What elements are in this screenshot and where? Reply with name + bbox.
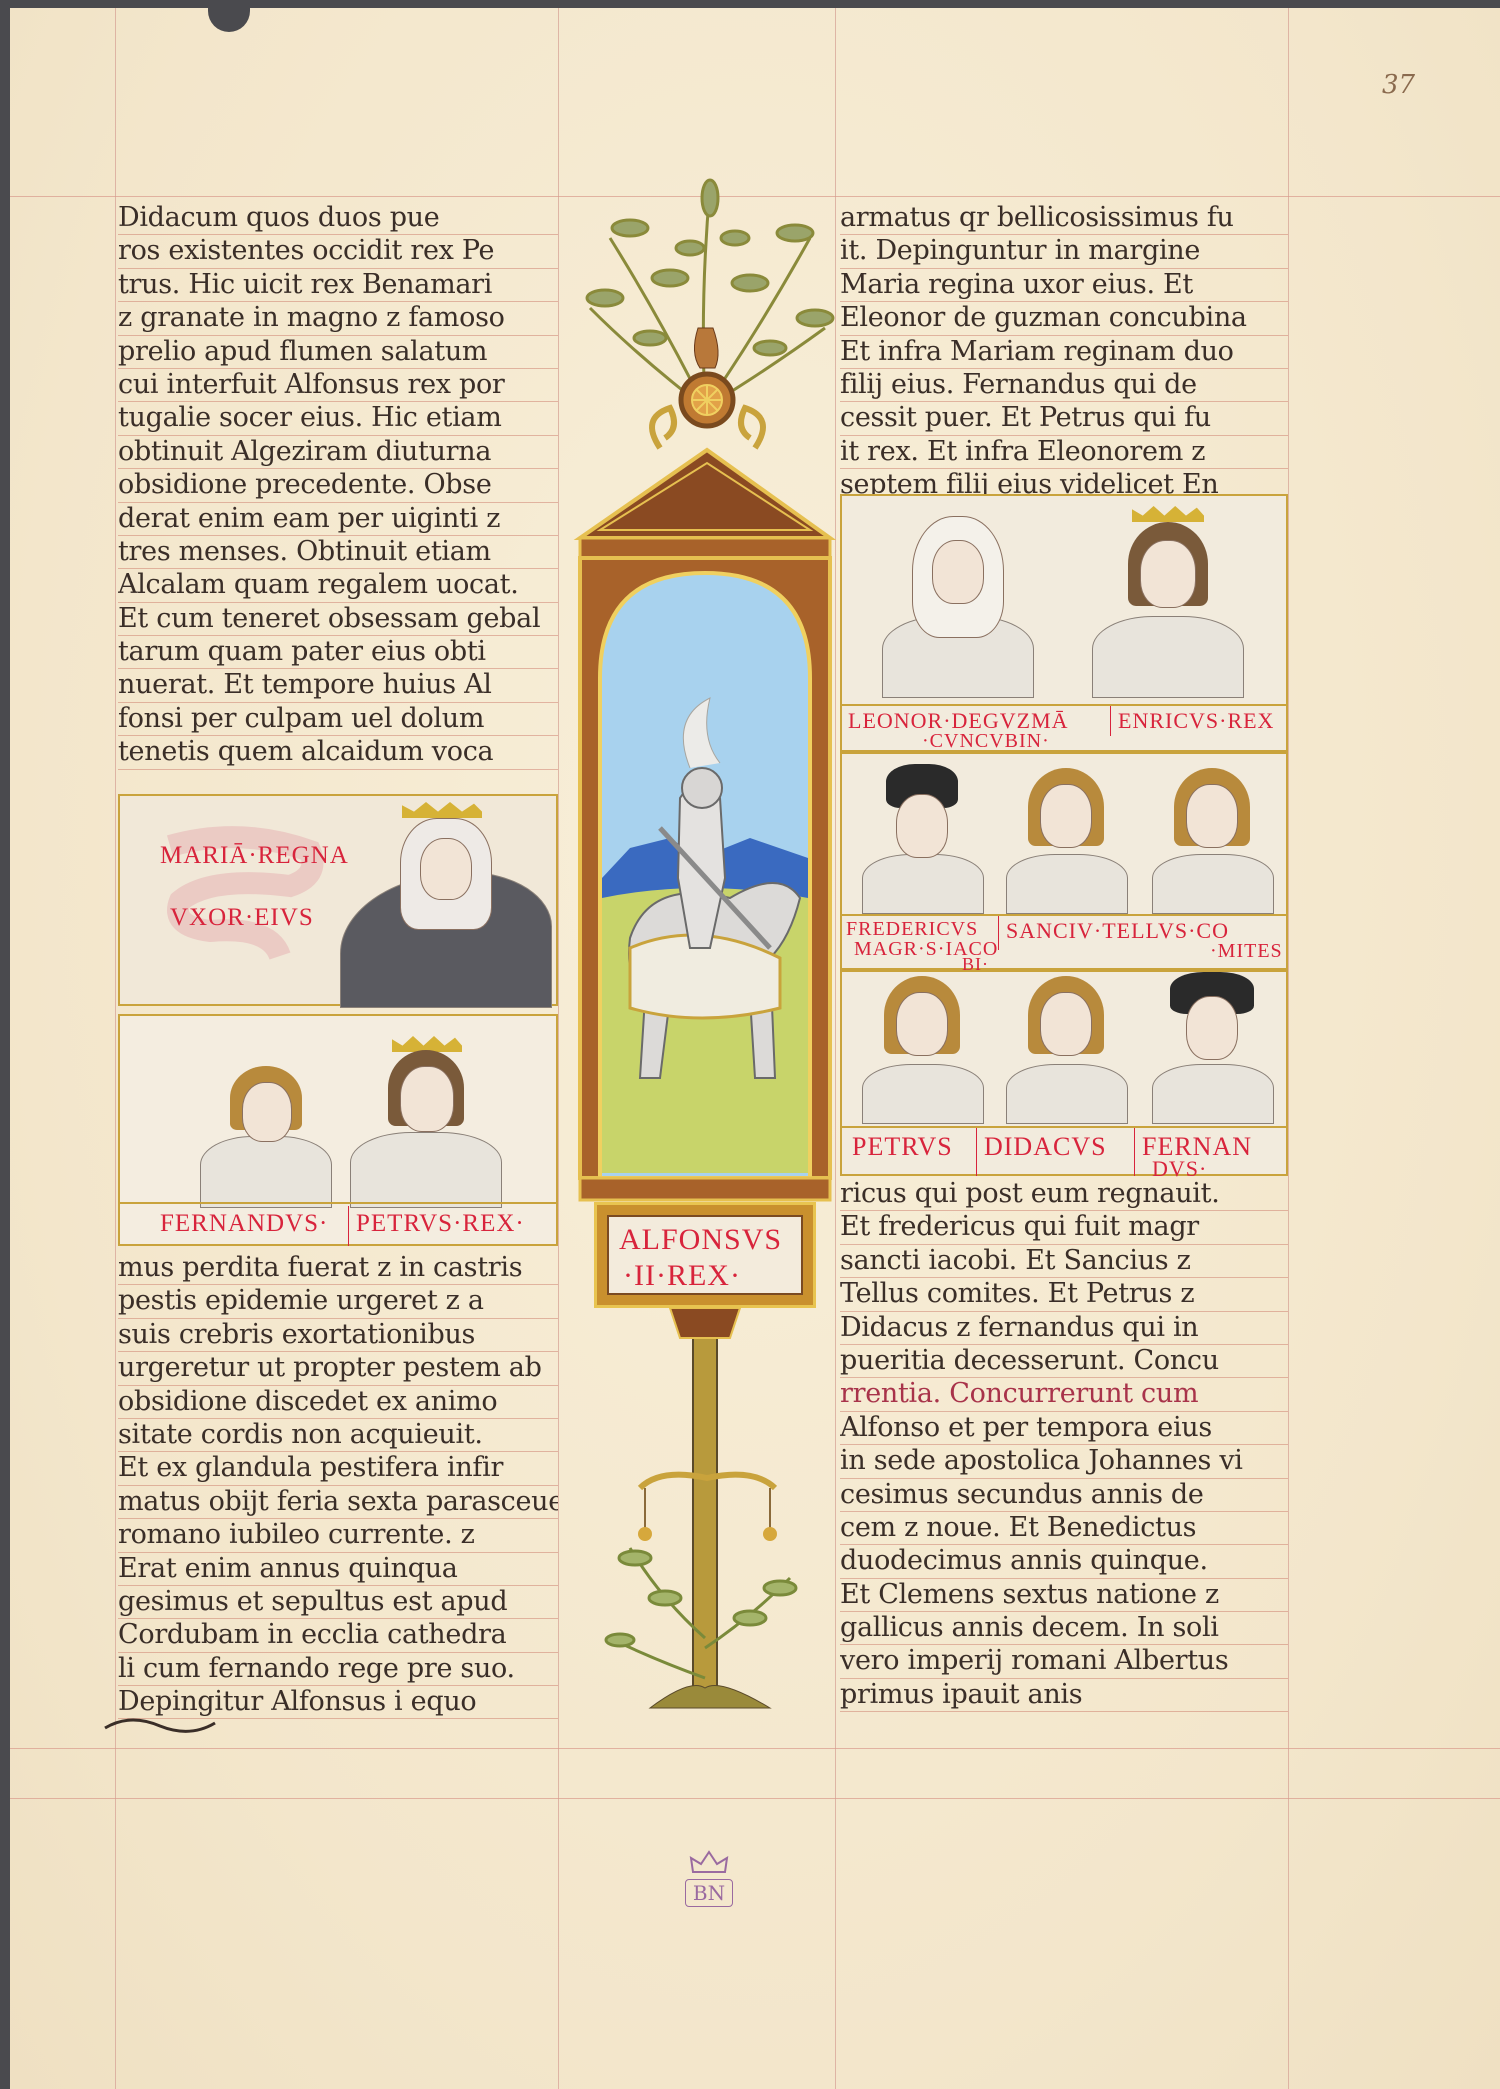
face: [400, 1066, 454, 1132]
gold-divider: [120, 1202, 556, 1204]
text-line: obtinuit Algeziram diuturna: [118, 436, 558, 469]
label-divider: [976, 1128, 977, 1176]
gold-divider: [842, 1126, 1286, 1128]
text-line: pestis epidemie urgeret z a: [118, 1285, 558, 1318]
label-divider: [1134, 1128, 1135, 1176]
text-line: sancti iacobi. Et Sancius z: [840, 1245, 1288, 1278]
text-line: tres menses. Obtinuit etiam: [118, 536, 558, 569]
left-column-top-text: Didacum quos duos pue ros existentes occ…: [118, 202, 558, 770]
ruling-line: [115, 8, 116, 2089]
leonor-portrait: [882, 516, 1032, 696]
text-line: Didacus z fernandus qui in: [840, 1312, 1288, 1345]
text-line: gesimus et sepultus est apud: [118, 1586, 558, 1619]
text-line: Erat enim annus quinqua: [118, 1553, 558, 1586]
text-line: Maria regina uxor eius. Et: [840, 269, 1288, 302]
text-line: Didacum quos duos pue: [118, 202, 558, 235]
text-line: in sede apostolica Johannes vi: [840, 1445, 1288, 1478]
tunic: [1006, 854, 1128, 914]
tunic: [1092, 616, 1244, 698]
crown-icon: [685, 1848, 733, 1874]
label-divider: [348, 1206, 349, 1246]
text-line: z granate in magno z famoso: [118, 302, 558, 335]
face: [1140, 540, 1196, 608]
tunic: [862, 1064, 984, 1124]
text-line: Et infra Mariam reginam duo: [840, 336, 1288, 369]
petrus-didacus-fernandus-panel: PETRVS DIDACVS FERNAN DVS·: [840, 970, 1288, 1176]
page-notch: [208, 8, 250, 32]
face: [1186, 784, 1238, 848]
maria-label-line2: VXOR·EIVS: [170, 904, 314, 932]
text-line: matus obijt feria sexta parasceue: [118, 1486, 558, 1519]
text-line: Eleonor de guzman concubina: [840, 302, 1288, 335]
folio-number: 37: [1382, 70, 1415, 100]
fernandus-child-portrait: [1152, 972, 1272, 1122]
label-divider: [1110, 706, 1111, 736]
right-column-bottom-text: ricus qui post eum regnauit. Et frederic…: [840, 1178, 1288, 1712]
tunic: [1152, 854, 1274, 914]
maria-label-line1: MARIĀ·REGNA: [160, 842, 349, 870]
face: [896, 794, 948, 858]
text-line: pueritia decesserunt. Concu: [840, 1345, 1288, 1378]
fredericus-portrait: [862, 764, 982, 912]
petrus-rex-label: PETRVS·REX·: [356, 1210, 525, 1238]
library-stamp: BN: [685, 1848, 733, 1906]
fernandus-portrait: [200, 1066, 330, 1206]
left-column-bottom-text: mus perdita fuerat z in castris pestis e…: [118, 1252, 558, 1719]
label-divider: [998, 916, 999, 950]
text-line: tenetis quem alcaidum voca: [118, 736, 558, 769]
ruling-line: [1288, 8, 1289, 2089]
maria-regina-panel: MARIĀ·REGNA VXOR·EIVS: [118, 794, 558, 1006]
face: [1186, 996, 1238, 1060]
text-line: Tellus comites. Et Petrus z: [840, 1278, 1288, 1311]
text-line: Et ex glandula pestifera infir: [118, 1452, 558, 1485]
text-line: cui interfuit Alfonsus rex por: [118, 369, 558, 402]
fernandus-label: FERNANDVS·: [160, 1210, 328, 1238]
fredericus-sancius-tellus-panel: FREDERICVS MAGR·S·IACO BI· SANCIV·TELLVS…: [840, 752, 1288, 970]
tellus-portrait: [1152, 764, 1272, 912]
maria-portrait: [340, 802, 550, 1006]
text-line: cem z noue. Et Benedictus: [840, 1512, 1288, 1545]
face: [242, 1082, 292, 1142]
text-line: armatus qr bellicosissimus fu: [840, 202, 1288, 235]
text-line: trus. Hic uicit rex Benamari: [118, 269, 558, 302]
text-line: it rex. Et infra Eleonorem z: [840, 436, 1288, 469]
text-line: Cordubam in ecclia cathedra: [118, 1619, 558, 1652]
text-line: fonsi per culpam uel dolum: [118, 703, 558, 736]
text-line: ros existentes occidit rex Pe: [118, 235, 558, 268]
ruling-line: [558, 8, 559, 2089]
genealogy-tree-column: ALFONSVS ·II·REX·: [570, 178, 840, 1718]
petrus-portrait: [862, 972, 982, 1122]
text-line: urgeretur ut propter pestem ab: [118, 1352, 558, 1385]
face: [1040, 992, 1092, 1056]
ruling-line: [10, 1748, 1500, 1749]
gold-divider: [842, 704, 1286, 706]
text-line: filij eius. Fernandus qui de: [840, 369, 1288, 402]
gold-divider: [842, 914, 1286, 916]
rubric-text-line: rrentia. Concurrerunt cum: [840, 1378, 1288, 1411]
text-line: cesimus secundus annis de: [840, 1479, 1288, 1512]
text-line: derat enim eam per uiginti z: [118, 503, 558, 536]
enricus-label: ENRICVS·REX: [1118, 708, 1274, 734]
text-line: prelio apud flumen salatum: [118, 336, 558, 369]
sancius-portrait: [1006, 764, 1126, 912]
text-line: vero imperij romani Albertus: [840, 1645, 1288, 1678]
comites-label: ·MITES: [1210, 940, 1283, 963]
tunic: [1006, 1064, 1128, 1124]
tunic: [350, 1132, 502, 1208]
text-line: gallicus annis decem. In soli: [840, 1612, 1288, 1645]
text-line: nuerat. Et tempore huius Al: [118, 669, 558, 702]
face: [932, 540, 984, 604]
sancius-tellus-label: SANCIV·TELLVS·CO: [1006, 918, 1229, 944]
text-line: mus perdita fuerat z in castris: [118, 1252, 558, 1285]
alfonsus-label-line1: ALFONSVS: [619, 1223, 782, 1257]
manuscript-page: 37 Didacum quos duos pue ros existentes …: [10, 8, 1500, 2089]
scroll-banner-icon: [150, 816, 330, 966]
petrus-rex-portrait: [350, 1036, 500, 1206]
text-line: primus ipauit anis: [840, 1679, 1288, 1712]
didacus-portrait: [1006, 972, 1126, 1122]
text-line: duodecimus annis quinque.: [840, 1545, 1288, 1578]
text-line: Alcalam quam regalem uocat.: [118, 569, 558, 602]
tree-illustration-icon: [570, 178, 840, 1718]
text-line: tugalie socer eius. Hic etiam: [118, 402, 558, 435]
text-line: sitate cordis non acquieuit.: [118, 1419, 558, 1452]
face: [1040, 784, 1092, 848]
text-line: obsidione discedet ex animo: [118, 1386, 558, 1419]
text-line: Et cum teneret obsessam gebal: [118, 603, 558, 636]
enricus-portrait: [1092, 506, 1242, 696]
stamp-text: BN: [685, 1879, 733, 1907]
right-column-top-text: armatus qr bellicosissimus fu it. Deping…: [840, 202, 1288, 503]
text-line: Alfonso et per tempora eius: [840, 1412, 1288, 1445]
text-line: li cum fernando rege pre suo.: [118, 1653, 558, 1686]
text-line: Et Clemens sextus natione z: [840, 1579, 1288, 1612]
leonor-enricus-panel: LEONOR·DEGVZMĀ ·CVNCVBIN· ENRICVS·REX: [840, 494, 1288, 752]
crown-icon: [402, 802, 482, 818]
text-line: tarum quam pater eius obti: [118, 636, 558, 669]
leonor-label-line2: ·CVNCVBIN·: [922, 730, 1050, 753]
face: [896, 992, 948, 1056]
tunic: [1152, 1064, 1274, 1124]
tunic: [862, 854, 984, 914]
flourish-icon: [100, 1708, 220, 1748]
crown-icon: [1132, 506, 1204, 522]
text-line: ricus qui post eum regnauit.: [840, 1178, 1288, 1211]
face: [420, 838, 472, 900]
text-line: cessit puer. Et Petrus qui fu: [840, 402, 1288, 435]
text-line: it. Depinguntur in margine: [840, 235, 1288, 268]
text-line: suis crebris exortationibus: [118, 1319, 558, 1352]
ruling-line: [10, 1798, 1500, 1799]
didacus-label: DIDACVS: [984, 1132, 1107, 1162]
alfonsus-plaque: ALFONSVS ·II·REX·: [594, 1202, 816, 1308]
text-line: Et fredericus qui fuit magr: [840, 1211, 1288, 1244]
alfonsus-label-line2: ·II·REX·: [623, 1259, 741, 1293]
text-line: romano iubileo currente. z: [118, 1519, 558, 1552]
tunic: [200, 1136, 332, 1208]
petrus-label: PETRVS: [852, 1132, 953, 1162]
fernandus-petrus-panel: FERNANDVS· PETRVS·REX·: [118, 1014, 558, 1246]
text-line: obsidione precedente. Obse: [118, 469, 558, 502]
